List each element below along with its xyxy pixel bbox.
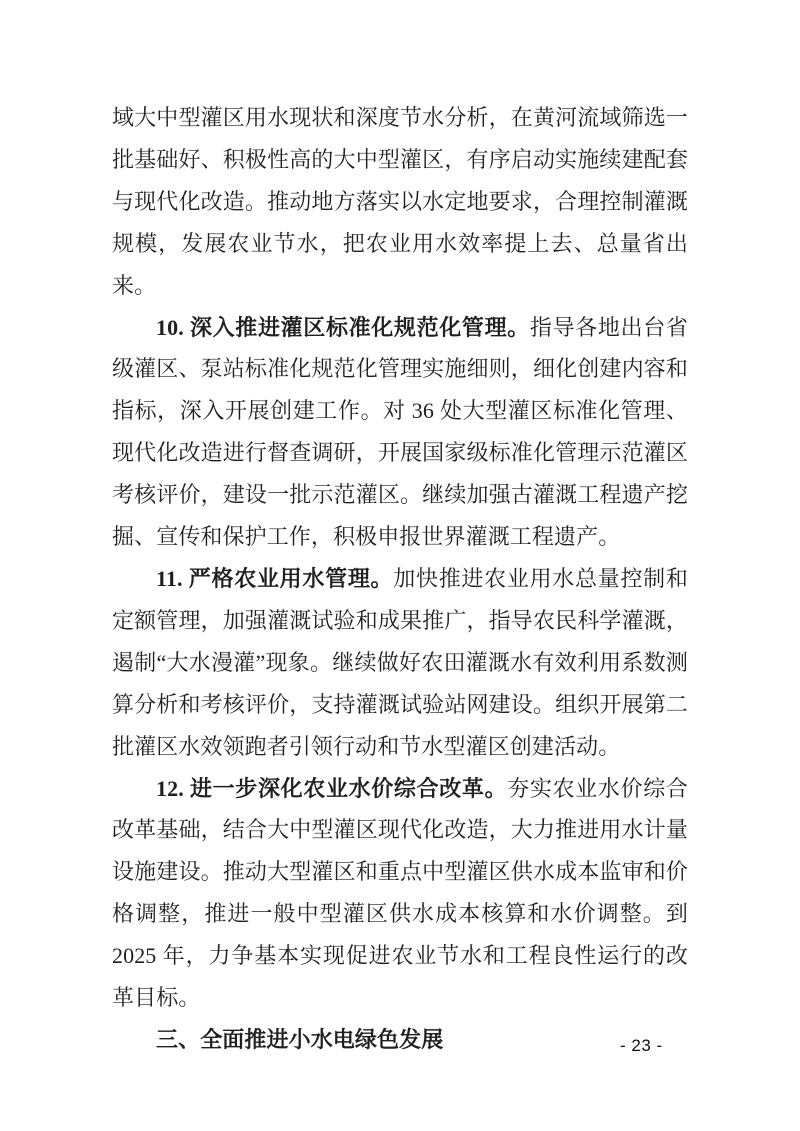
paragraph-text: 夯实农业水价综合改革基础，结合大中型灌区现代化改造，大力推进用水计量设施建设。推… <box>112 776 688 1011</box>
section-heading-text: 三、全面推进小水电绿色发展 <box>156 1027 443 1052</box>
page-number: - 23 - <box>620 1036 680 1056</box>
paragraph-text: 加快推进农业用水总量控制和定额管理，加强灌溉试验和成果推广，指导农民科学灌溉，遏… <box>112 566 688 759</box>
section-heading: 三、全面推进小水电绿色发展 <box>112 1019 688 1061</box>
paragraph-item-10: 10. 深入推进灌区标准化规范化管理。指导各地出台省级灌区、泵站标准化规范化管理… <box>112 307 688 558</box>
paragraph-item-12: 12. 进一步深化农业水价综合改革。夯实农业水价综合改革基础，结合大中型灌区现代… <box>112 768 688 1019</box>
paragraph-item-11: 11. 严格农业用水管理。加快推进农业用水总量控制和定额管理，加强灌溉试验和成果… <box>112 558 688 768</box>
paragraph-lead: 12. 进一步深化农业水价综合改革。 <box>156 776 507 801</box>
document-body: 域大中型灌区用水现状和深度节水分析，在黄河流域筛选一批基础好、积极性高的大中型灌… <box>112 97 688 1061</box>
paragraph-text: 指导各地出台省级灌区、泵站标准化规范化管理实施细则，细化创建内容和指标，深入开展… <box>112 315 688 550</box>
paragraph-lead: 11. 严格农业用水管理。 <box>156 566 393 591</box>
paragraph-lead: 10. 深入推进灌区标准化规范化管理。 <box>156 315 530 340</box>
paragraph-text: 域大中型灌区用水现状和深度节水分析，在黄河流域筛选一批基础好、积极性高的大中型灌… <box>112 105 688 298</box>
paragraph-continuation: 域大中型灌区用水现状和深度节水分析，在黄河流域筛选一批基础好、积极性高的大中型灌… <box>112 97 688 307</box>
document-page: 域大中型灌区用水现状和深度节水分析，在黄河流域筛选一批基础好、积极性高的大中型灌… <box>0 0 800 1131</box>
